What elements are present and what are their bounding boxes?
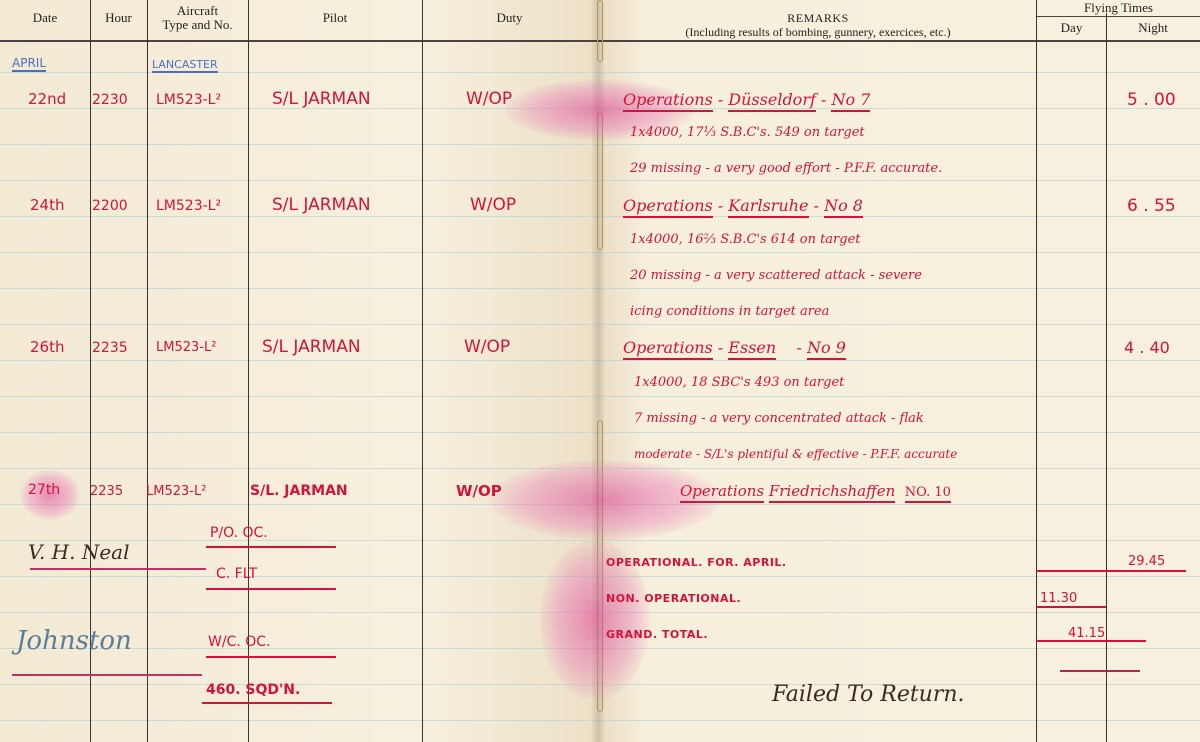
entry-remarks-title: Operations - Karlsruhe - No 8 <box>623 196 863 215</box>
entry-night-time: 5 . 00 <box>1127 90 1176 110</box>
header-day: Day <box>1037 21 1106 35</box>
aircraft-type-label: LANCASTER <box>152 58 218 73</box>
entry-remarks-line: icing conditions in target area <box>630 304 829 319</box>
signature-title: W/C. OC. <box>208 634 270 650</box>
entry-remarks-title: Operations - Düsseldorf - No 7 <box>623 90 870 109</box>
entry-hour: 2235 <box>92 340 128 356</box>
entry-remarks-line: 29 missing - a very good effort - P.F.F.… <box>630 161 942 176</box>
entry-duty: W/OP <box>464 337 510 357</box>
signature-title: C. FLT <box>216 566 257 582</box>
entry-night-time: 4 . 40 <box>1124 338 1170 357</box>
header-date: Date <box>0 11 90 25</box>
entry-duty: W/OP <box>466 89 512 109</box>
entry-date: 26th <box>30 338 64 356</box>
non-operational-day-total: 11.30 <box>1040 591 1077 606</box>
header-duty: Duty <box>422 11 597 25</box>
entry-remarks-line: 7 missing - a very concentrated attack -… <box>634 411 924 426</box>
entry-date: 24th <box>30 196 64 214</box>
header-remarks: REMARKS (Including results of bombing, g… <box>600 11 1036 39</box>
operational-label: OPERATIONAL. FOR. APRIL. <box>606 556 787 569</box>
entry-hour: 2230 <box>92 92 128 108</box>
non-operational-label: NON. OPERATIONAL. <box>606 592 741 605</box>
month-label: APRIL <box>12 56 46 72</box>
operational-night-total: 29.45 <box>1128 554 1165 569</box>
header-aircraft: AircraftType and No. <box>147 4 248 32</box>
signature-title: P/O. OC. <box>210 525 268 541</box>
header-night: Night <box>1106 21 1200 35</box>
entry-pilot: S/L JARMAN <box>272 89 371 109</box>
header-hour: Hour <box>90 11 147 25</box>
entry-remarks-title: Operations - Essen - No 9 <box>623 338 846 357</box>
signature-flight-commander: V. H. Neal <box>28 540 129 564</box>
entry-pilot: S/L. JARMAN <box>250 483 348 499</box>
entry-duty: W/OP <box>456 482 502 500</box>
entry-pilot: S/L JARMAN <box>272 195 371 215</box>
entry-aircraft: LM523-L² <box>156 198 221 214</box>
entry-remarks-line: 20 missing - a very scattered attack - s… <box>630 268 922 283</box>
entry-date: 27th <box>28 482 60 498</box>
entry-date: 22nd <box>28 90 66 108</box>
entry-remarks-line: 1x4000, 17⅓ S.B.C's. 549 on target <box>630 125 865 140</box>
signature-title: 460. SQD'N. <box>206 682 300 698</box>
header-flying-times: Flying Times <box>1037 1 1200 15</box>
entry-hour: 2200 <box>92 198 128 214</box>
header-pilot: Pilot <box>248 11 422 25</box>
entry-pilot: S/L JARMAN <box>262 337 361 357</box>
entry-aircraft: LM523-L² <box>156 340 216 355</box>
entry-aircraft: LM523-L² <box>146 484 206 499</box>
grand-total-value: 41.15 <box>1068 626 1105 641</box>
failed-to-return-note: Failed To Return. <box>772 682 965 707</box>
entry-remarks-line: 1x4000, 16⅔ S.B.C's 614 on target <box>630 232 861 247</box>
entry-night-time: 6 . 55 <box>1127 196 1176 216</box>
signature-squadron-commander: Johnston <box>16 626 132 656</box>
entry-remarks-title: Operations Friedrichshaffen NO. 10 <box>680 482 951 500</box>
grand-total-label: GRAND. TOTAL. <box>606 628 708 641</box>
entry-remarks-line: moderate - S/L's plentiful & effective -… <box>634 447 957 461</box>
entry-remarks-line: 1x4000, 18 SBC's 493 on target <box>634 375 844 390</box>
entry-hour: 2235 <box>90 484 123 499</box>
entry-aircraft: LM523-L² <box>156 92 221 108</box>
entry-duty: W/OP <box>470 195 516 215</box>
